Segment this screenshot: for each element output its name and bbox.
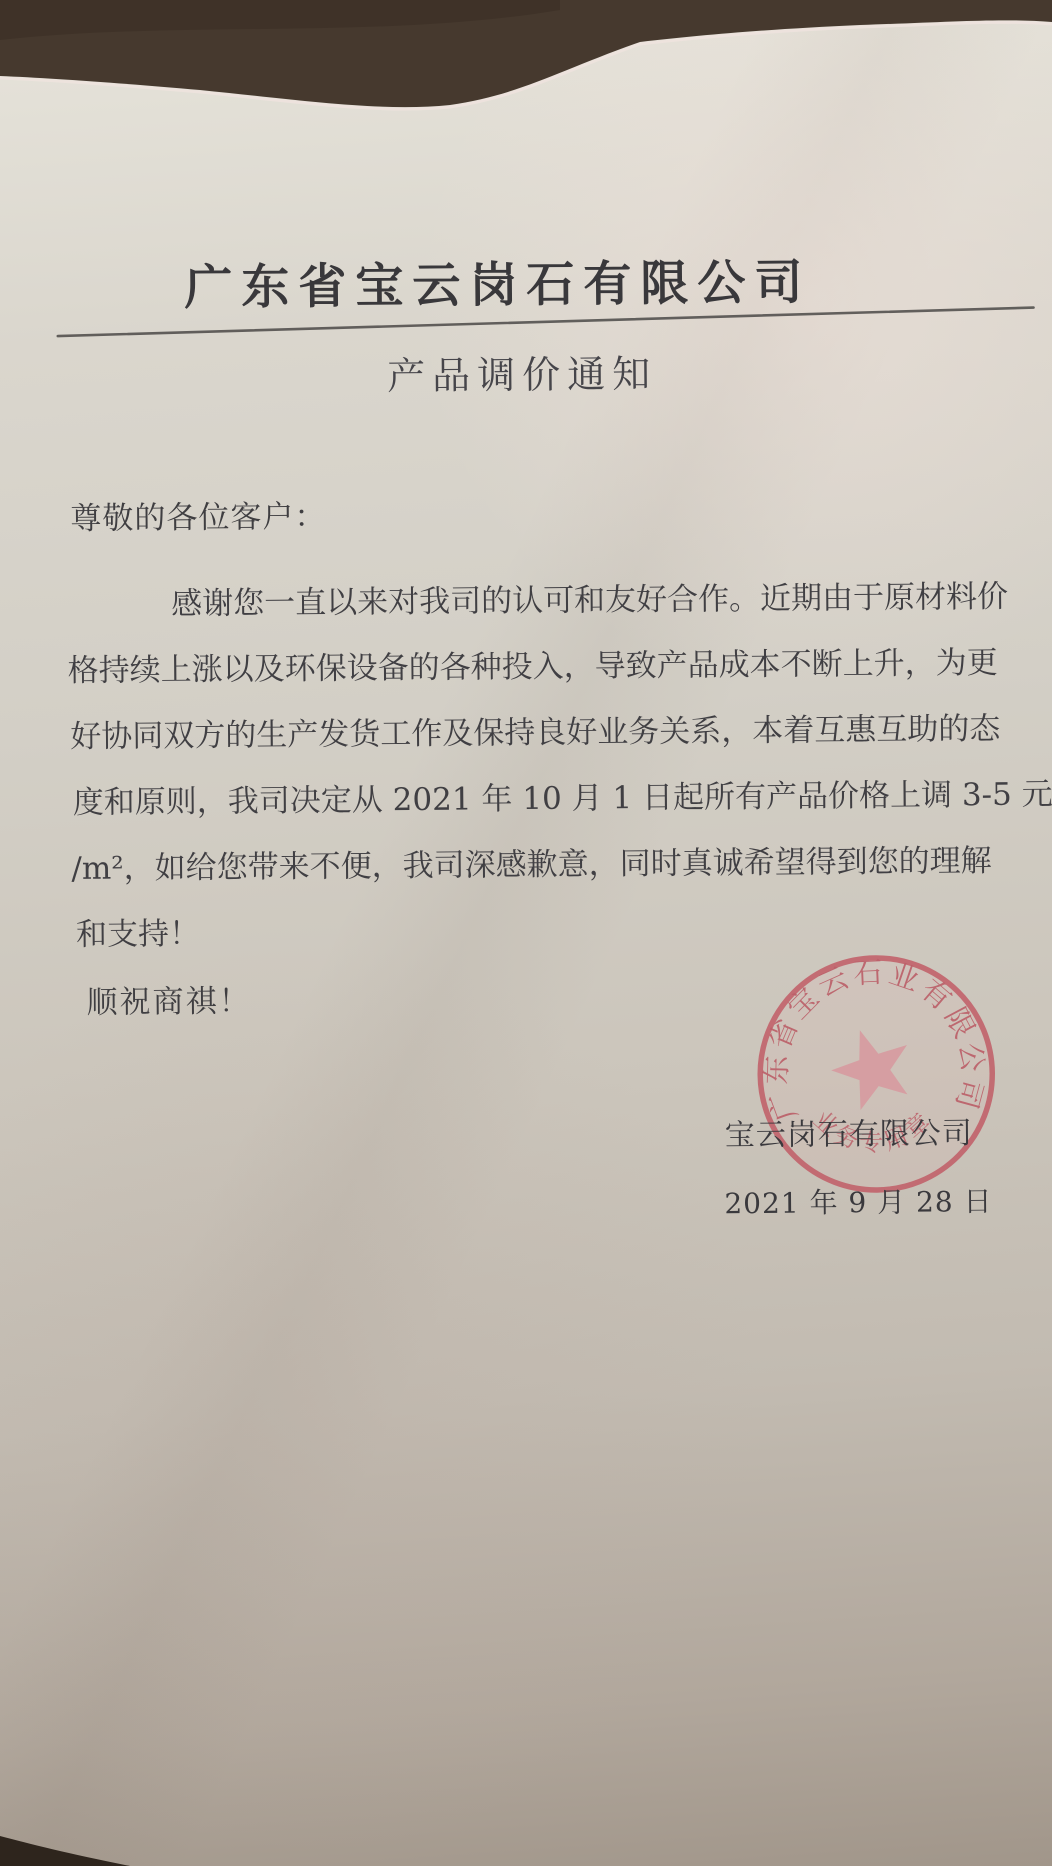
background-surfaces: [0, 0, 1052, 1866]
table-surface-bottom-corner: [0, 1836, 130, 1866]
photographed-document: 广东省宝云岗石有限公司 产品调价通知 尊敬的各位客户： 感谢您一直以来对我司的认…: [0, 0, 1052, 1866]
